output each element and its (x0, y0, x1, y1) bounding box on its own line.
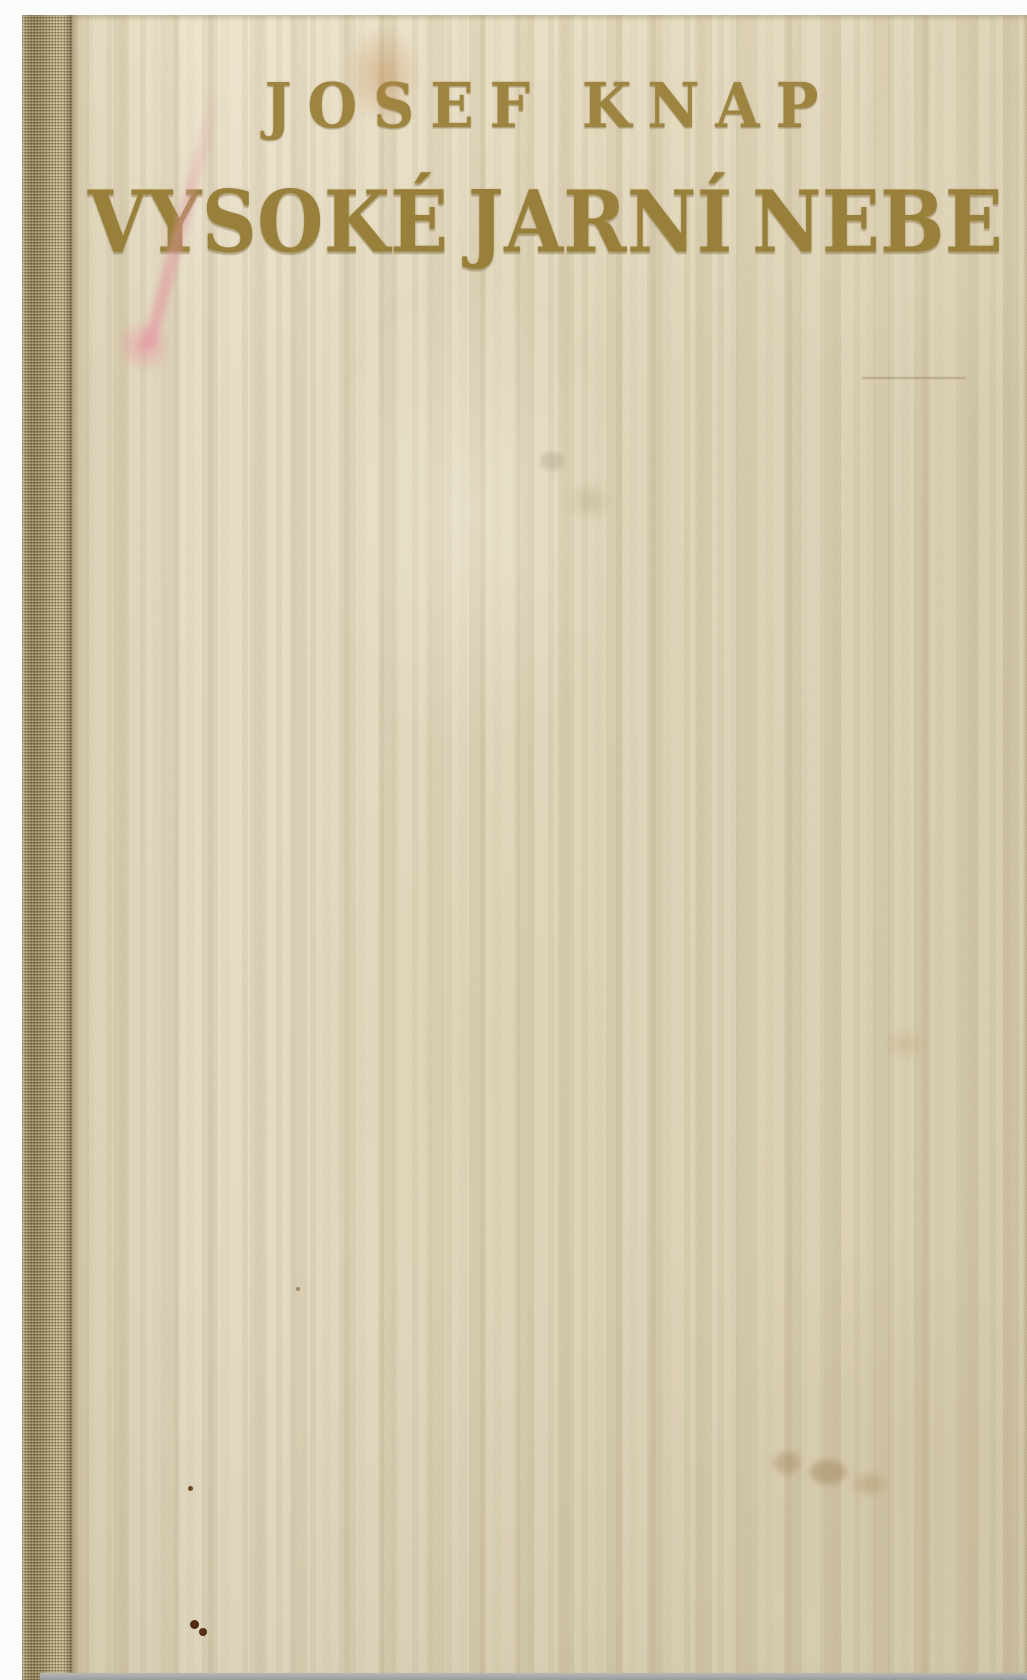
book-title: VYSOKÉ JARNÍ NEBE (64, 172, 1027, 272)
scan-bottom-edge (40, 1673, 1027, 1680)
author-name: JOSEF KNAP (72, 70, 1027, 142)
book-cover-scan: JOSEF KNAP VYSOKÉ JARNÍ NEBE (0, 0, 1027, 1680)
